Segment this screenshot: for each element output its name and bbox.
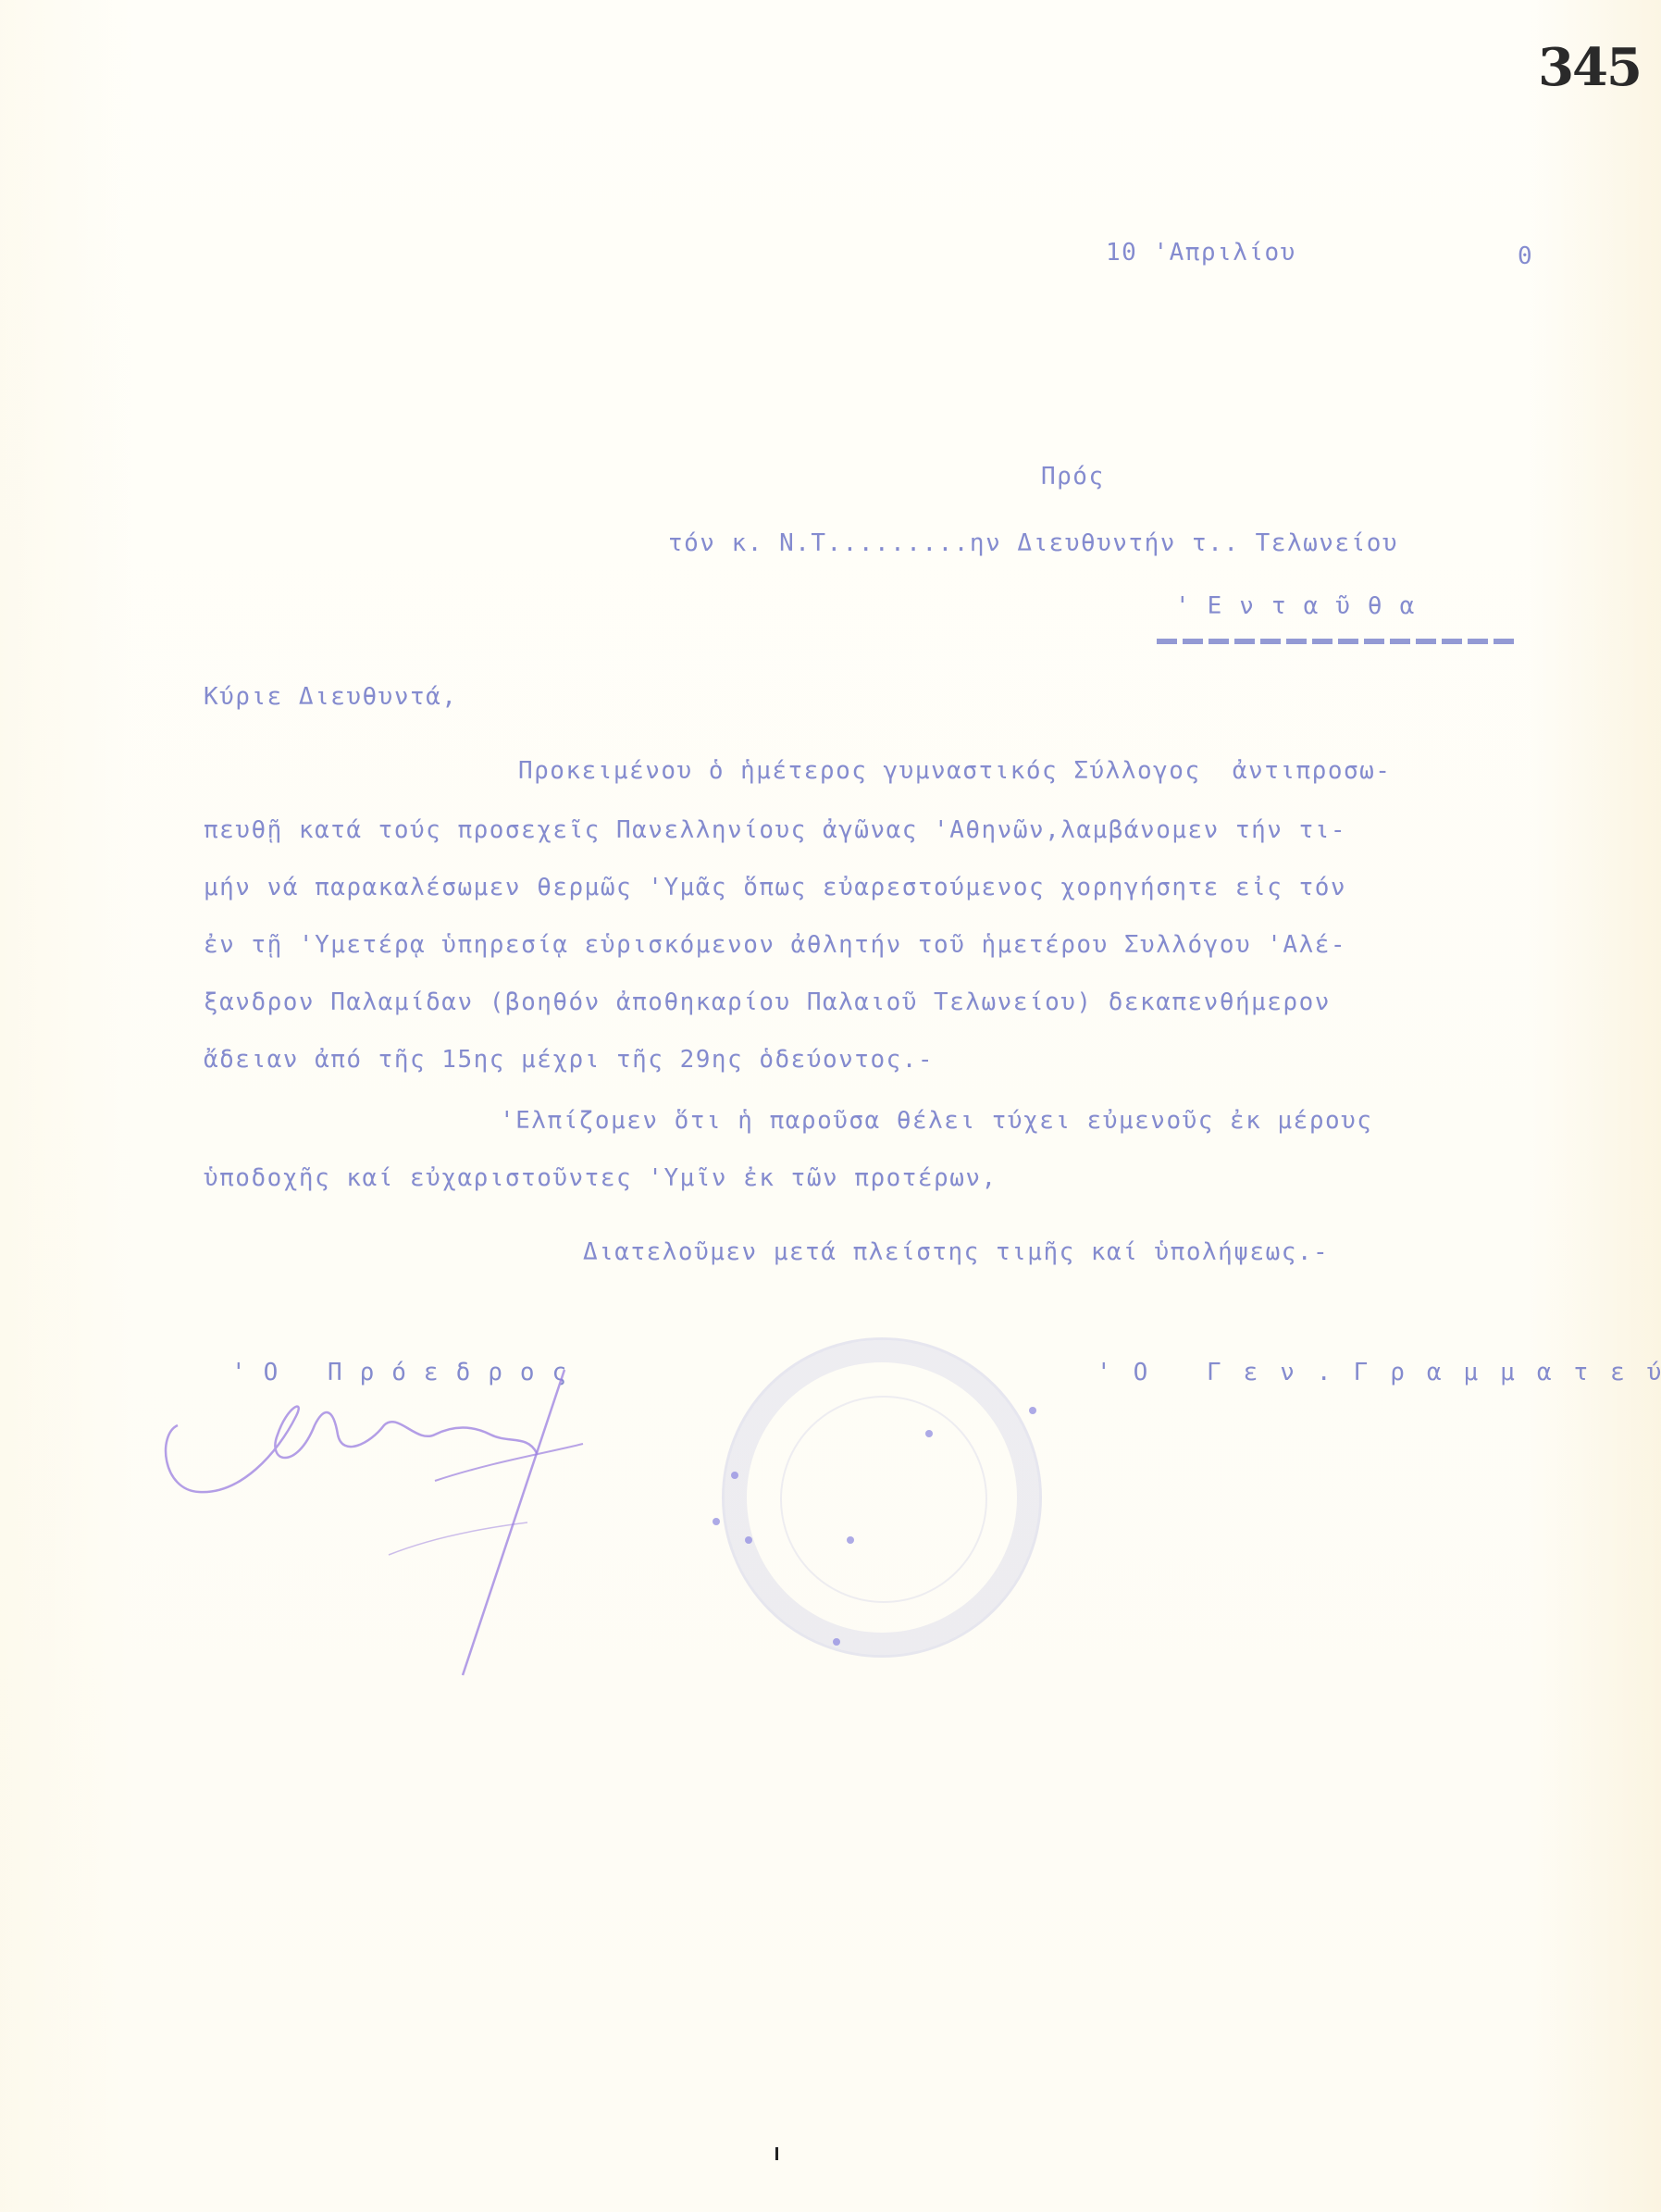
salutation: Κύριε Διευθυντά, bbox=[204, 683, 457, 711]
addressee-recipient: τόν κ. Ν.Τ.........ην Διευθυντήν τ.. Τελ… bbox=[668, 529, 1398, 557]
official-seal-stamp bbox=[722, 1337, 1042, 1658]
folio-number: 345 bbox=[1538, 37, 1641, 98]
valediction: Διατελοῦμεν μετά πλείστης τιμῆς καί ὑπολ… bbox=[583, 1238, 1329, 1266]
scan-mark bbox=[775, 2147, 778, 2160]
president-signature bbox=[157, 1370, 694, 1684]
document-page: 345 10 'Απριλίου 0 Πρός τόν κ. Ν.Τ......… bbox=[0, 0, 1661, 2212]
closing-line-1: 'Ελπίζομεν ὅτι ἡ παροῦσα θέλει τύχει εὐμ… bbox=[500, 1107, 1372, 1135]
body-line-5: ξανδρον Παλαμίδαν (βοηθόν ἀποθηκαρίου Πα… bbox=[204, 988, 1331, 1016]
ink-speck bbox=[713, 1518, 720, 1525]
addressee-to-label: Πρός bbox=[1041, 463, 1105, 491]
body-line-3: μήν νά παρακαλέσωμεν θερμῶς 'Υμᾶς ὅπως ε… bbox=[204, 874, 1346, 901]
body-line-4: ἐν τῇ 'Υμετέρᾳ ὑπηρεσίᾳ εὑρισκόμενον ἀθλ… bbox=[204, 931, 1346, 959]
body-line-1: Προκειμένου ὁ ἡμέτερος γυμναστικός Σύλλο… bbox=[518, 757, 1391, 785]
ink-speck bbox=[1029, 1407, 1036, 1414]
date-line: 10 'Απριλίου bbox=[1106, 239, 1296, 267]
addressee-location: 'Ενταῦθα bbox=[1175, 592, 1432, 620]
ink-speck bbox=[745, 1536, 752, 1544]
seal-inner-ring bbox=[780, 1396, 987, 1603]
body-line-2: πευθῇ κατά τούς προσεχεῖς Πανελληνίους ἀ… bbox=[204, 816, 1346, 844]
ink-speck bbox=[925, 1430, 933, 1437]
body-line-6: ἄδειαν ἀπό τῆς 15ης μέχρι τῆς 29ης ὁδεύο… bbox=[204, 1046, 934, 1074]
closing-line-2: ὑποδοχῆς καί εὐχαριστοῦντες 'Υμῖν ἐκ τῶν… bbox=[204, 1164, 998, 1192]
ink-speck bbox=[847, 1536, 854, 1544]
ink-speck bbox=[731, 1472, 738, 1479]
ink-speck bbox=[833, 1638, 840, 1646]
date-year-fragment: 0 bbox=[1518, 242, 1533, 270]
secretary-label: 'Ο Γεν.Γραμματεύς bbox=[1097, 1359, 1661, 1386]
location-underline bbox=[1157, 639, 1518, 644]
